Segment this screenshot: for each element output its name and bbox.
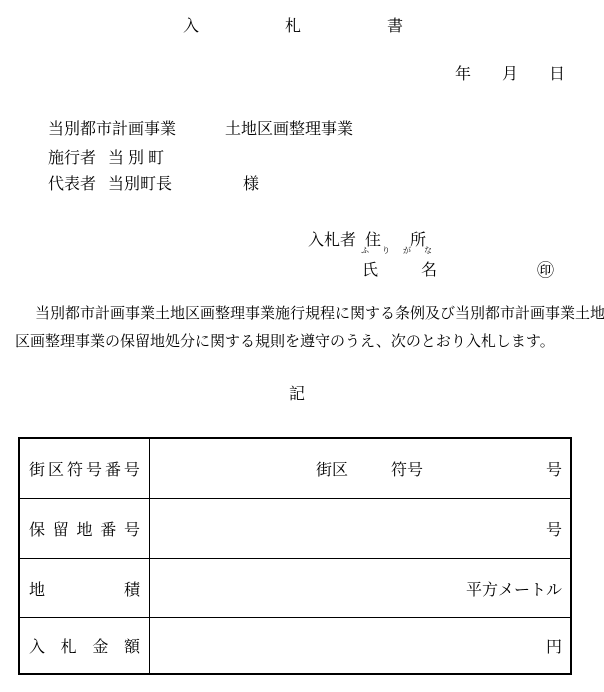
row-label-land-area: 地積 (20, 559, 150, 617)
executor-value: 当別町 (108, 145, 168, 168)
project-type: 土地区画整理事業 (225, 116, 353, 139)
executor-label: 施行者 (48, 145, 96, 168)
notation-ki: 記 (289, 381, 305, 404)
value-number-unit: 号 (546, 457, 562, 480)
body-paragraph-line1: 当別都市計画事業土地区画整理事業施行規程に関する条例及び当別都市計画事業土地 (15, 302, 593, 323)
row-label-block-symbol-number: 街区符号番号 (20, 439, 150, 498)
honorific: 様 (243, 171, 259, 194)
bidder-label: 入札者 (308, 227, 356, 250)
row-value-land-area: 平方メートル (150, 559, 570, 617)
body-paragraph-line2: 区画整理事業の保留地処分に関する規則を遵守のうえ、次のとおり入札します。 (15, 330, 593, 351)
representative-value: 当別町長 (108, 171, 172, 194)
date-line: 年月日 (455, 61, 596, 84)
row-value-block-symbol-number: 街区 符号 号 (150, 439, 570, 498)
bidder-name-label-part1: 氏 (362, 257, 378, 280)
value-block-label: 街区 (316, 457, 348, 480)
bid-details-table: 街区符号番号 街区 符号 号 保留地番号 号 地積 平方メートル (18, 437, 572, 675)
value-unit: 号 (546, 517, 562, 540)
seal-mark-icon: ㊞ (537, 256, 554, 281)
table-row-land-area: 地積 平方メートル (20, 558, 570, 617)
row-label-bid-amount: 入札金額 (20, 618, 150, 673)
furigana-label: ふりがな (361, 245, 445, 256)
project-name: 当別都市計画事業 (48, 116, 176, 139)
table-row-block-symbol-number: 街区符号番号 街区 符号 号 (20, 439, 570, 498)
table-row-reserved-land-number: 保留地番号 号 (20, 498, 570, 558)
document-title: 入札書 (183, 13, 489, 36)
table-row-bid-amount: 入札金額 円 (20, 617, 570, 673)
value-unit: 平方メートル (466, 577, 562, 600)
value-symbol-label: 符号 (391, 457, 423, 480)
bidder-name-label-part2: 名 (421, 257, 437, 280)
bid-form-document: 入札書 年月日 当別都市計画事業 土地区画整理事業 施行者 当別町 代表者 当別… (0, 0, 604, 692)
value-unit: 円 (546, 634, 562, 657)
row-label-reserved-land-number: 保留地番号 (20, 499, 150, 558)
row-value-reserved-land-number: 号 (150, 499, 570, 558)
row-value-bid-amount: 円 (150, 618, 570, 673)
representative-label: 代表者 (48, 171, 96, 194)
